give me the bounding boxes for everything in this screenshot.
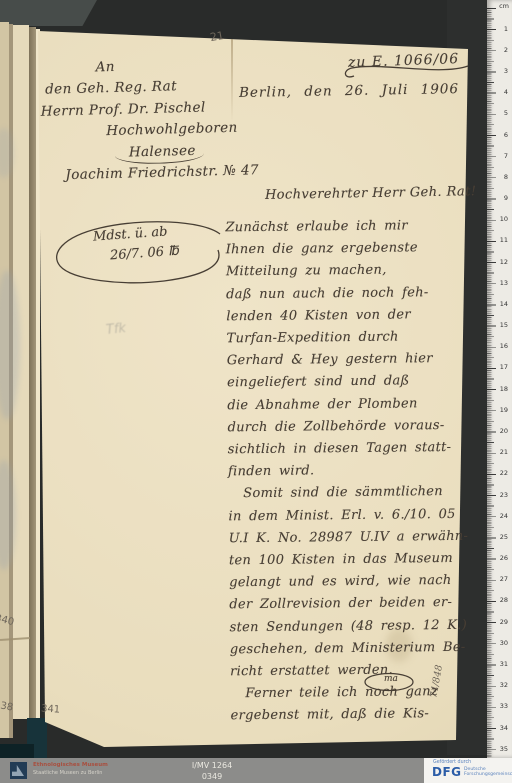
ruler-number: 24 xyxy=(500,513,508,520)
ruler-number: 27 xyxy=(500,576,508,583)
shelfmark: I/MV 1264 xyxy=(0,761,424,770)
ruler-number: 22 xyxy=(500,470,508,477)
ruler-number: 7 xyxy=(504,153,508,160)
ruler-number: 14 xyxy=(500,301,508,308)
body-line: ergebenst mit, daß die Kis- xyxy=(230,703,476,728)
ruler-number: 21 xyxy=(500,449,508,456)
ruler-number: 6 xyxy=(504,132,508,139)
funder-name: Deutsche Forschungsgemeinschaft xyxy=(464,767,510,778)
ruler-number: 15 xyxy=(500,322,508,329)
ruler-number: 3 xyxy=(504,68,508,75)
ruler-number: 32 xyxy=(500,682,508,689)
body-line: in dem Minist. Erl. v. 6./10. 05 xyxy=(228,503,474,528)
ruler-number: 11 xyxy=(500,237,508,244)
body-line: Somit sind die sämmtlichen xyxy=(228,481,474,506)
body-line: U.I K. No. 28987 U.IV a erwähn- xyxy=(229,526,475,551)
ruler-number: 4 xyxy=(504,89,508,96)
ruler-number: 12 xyxy=(500,259,508,266)
ruler-number: 31 xyxy=(500,661,508,668)
body-line: ten 100 Kisten in das Museum xyxy=(229,548,475,573)
ruler-number: 29 xyxy=(500,619,508,626)
body-line: finden wird. xyxy=(228,459,474,484)
ruler-number: 2 xyxy=(504,47,508,54)
paraph-initials: ma xyxy=(384,674,398,684)
paragraph: Zunächst erlaube ich mirIhnen die ganz e… xyxy=(225,215,474,484)
ruler-number: 33 xyxy=(500,703,508,710)
ruler-number: 1 xyxy=(504,26,508,33)
footer-bar: Ethnologisches Museum Staatliche Museen … xyxy=(0,758,512,783)
ruler-number: 9 xyxy=(504,195,508,202)
body-line: geschehen, dem Ministerium Be- xyxy=(230,637,476,662)
body-line: gelangt und es wird, wie nach xyxy=(229,570,475,595)
body-line: Mitteilung zu machen, xyxy=(226,259,472,284)
body-line: richt erstattet werden. xyxy=(230,659,476,684)
ruler-number: 8 xyxy=(504,174,508,181)
ruler-number: 16 xyxy=(500,343,508,350)
ruler: cm 1234567891011121314151617181920212223… xyxy=(487,0,512,758)
ruler-number: 26 xyxy=(500,555,508,562)
body-line: sichtlich in diesen Tagen statt- xyxy=(228,437,474,462)
ruler-number: 28 xyxy=(500,597,508,604)
ruler-number: 18 xyxy=(500,386,508,393)
binding-gutter xyxy=(29,27,36,727)
ruler-number: 25 xyxy=(500,534,508,541)
ruler-number: 30 xyxy=(500,640,508,647)
address-line: Hochwohlgeboren xyxy=(106,117,256,142)
body-line: Ihnen die ganz ergebenste xyxy=(226,237,472,262)
book-cover-corner xyxy=(0,0,97,26)
letter-body: Zunächst erlaube ich mirIhnen die ganz e… xyxy=(225,215,476,728)
image-number: 0349 xyxy=(0,772,424,781)
ruler-number: 17 xyxy=(500,364,508,371)
paragraph: Ferner teile ich noch ganzergebenst mit,… xyxy=(230,681,476,728)
ruler-number: 35 xyxy=(500,746,508,753)
ruler-number: 13 xyxy=(500,280,508,287)
body-line: Zunächst erlaube ich mir xyxy=(225,215,471,240)
body-line: daß nun auch die noch feh- xyxy=(226,281,472,306)
ruler-number: 5 xyxy=(504,110,508,117)
scan-viewport: 21 340 338 341 Tfk 74/848 zu E. 1066/06 … xyxy=(0,0,512,783)
body-line: sten Sendungen (48 resp. 12 K.) xyxy=(230,614,476,639)
pencil-foliation-341: 341 xyxy=(41,703,61,715)
ruler-unit-label: cm xyxy=(499,2,509,10)
body-line: Ferner teile ich noch ganz xyxy=(230,681,476,706)
ruler-number: 34 xyxy=(500,725,508,732)
paragraph: Somit sind die sämmtlichenin dem Minist.… xyxy=(228,481,476,683)
dfg-logo: DFG xyxy=(432,765,462,779)
pencil-foliation-338: 338 xyxy=(0,699,14,713)
body-line: lenden 40 Kisten von der xyxy=(226,304,472,329)
address-line: Halensee xyxy=(129,140,196,163)
dfg-funding-box: Gefördert durch DFG Deutsche Forschungsg… xyxy=(424,758,512,783)
address-block: Anden Geh. Reg. RatHerrn Prof. Dr. Pisch… xyxy=(38,53,256,187)
pencil-page-number: 21 xyxy=(209,29,225,44)
body-line: Turfan-Expedition durch xyxy=(226,326,472,351)
ruler-number: 23 xyxy=(500,492,508,499)
faint-pencil-note: Tfk xyxy=(105,321,127,338)
ruler-number: 19 xyxy=(500,407,508,414)
body-line: eingeliefert sind und daß xyxy=(227,370,473,395)
body-line: der Zollrevision der beiden er- xyxy=(229,592,475,617)
body-line: durch die Zollbehörde voraus- xyxy=(227,415,473,440)
ruler-number: 20 xyxy=(500,428,508,435)
body-line: die Abnahme der Plomben xyxy=(227,392,473,417)
disposal-oval-flourish xyxy=(52,224,230,290)
body-line: Gerhard & Hey gestern hier xyxy=(227,348,473,373)
ruler-number: 10 xyxy=(500,216,508,223)
